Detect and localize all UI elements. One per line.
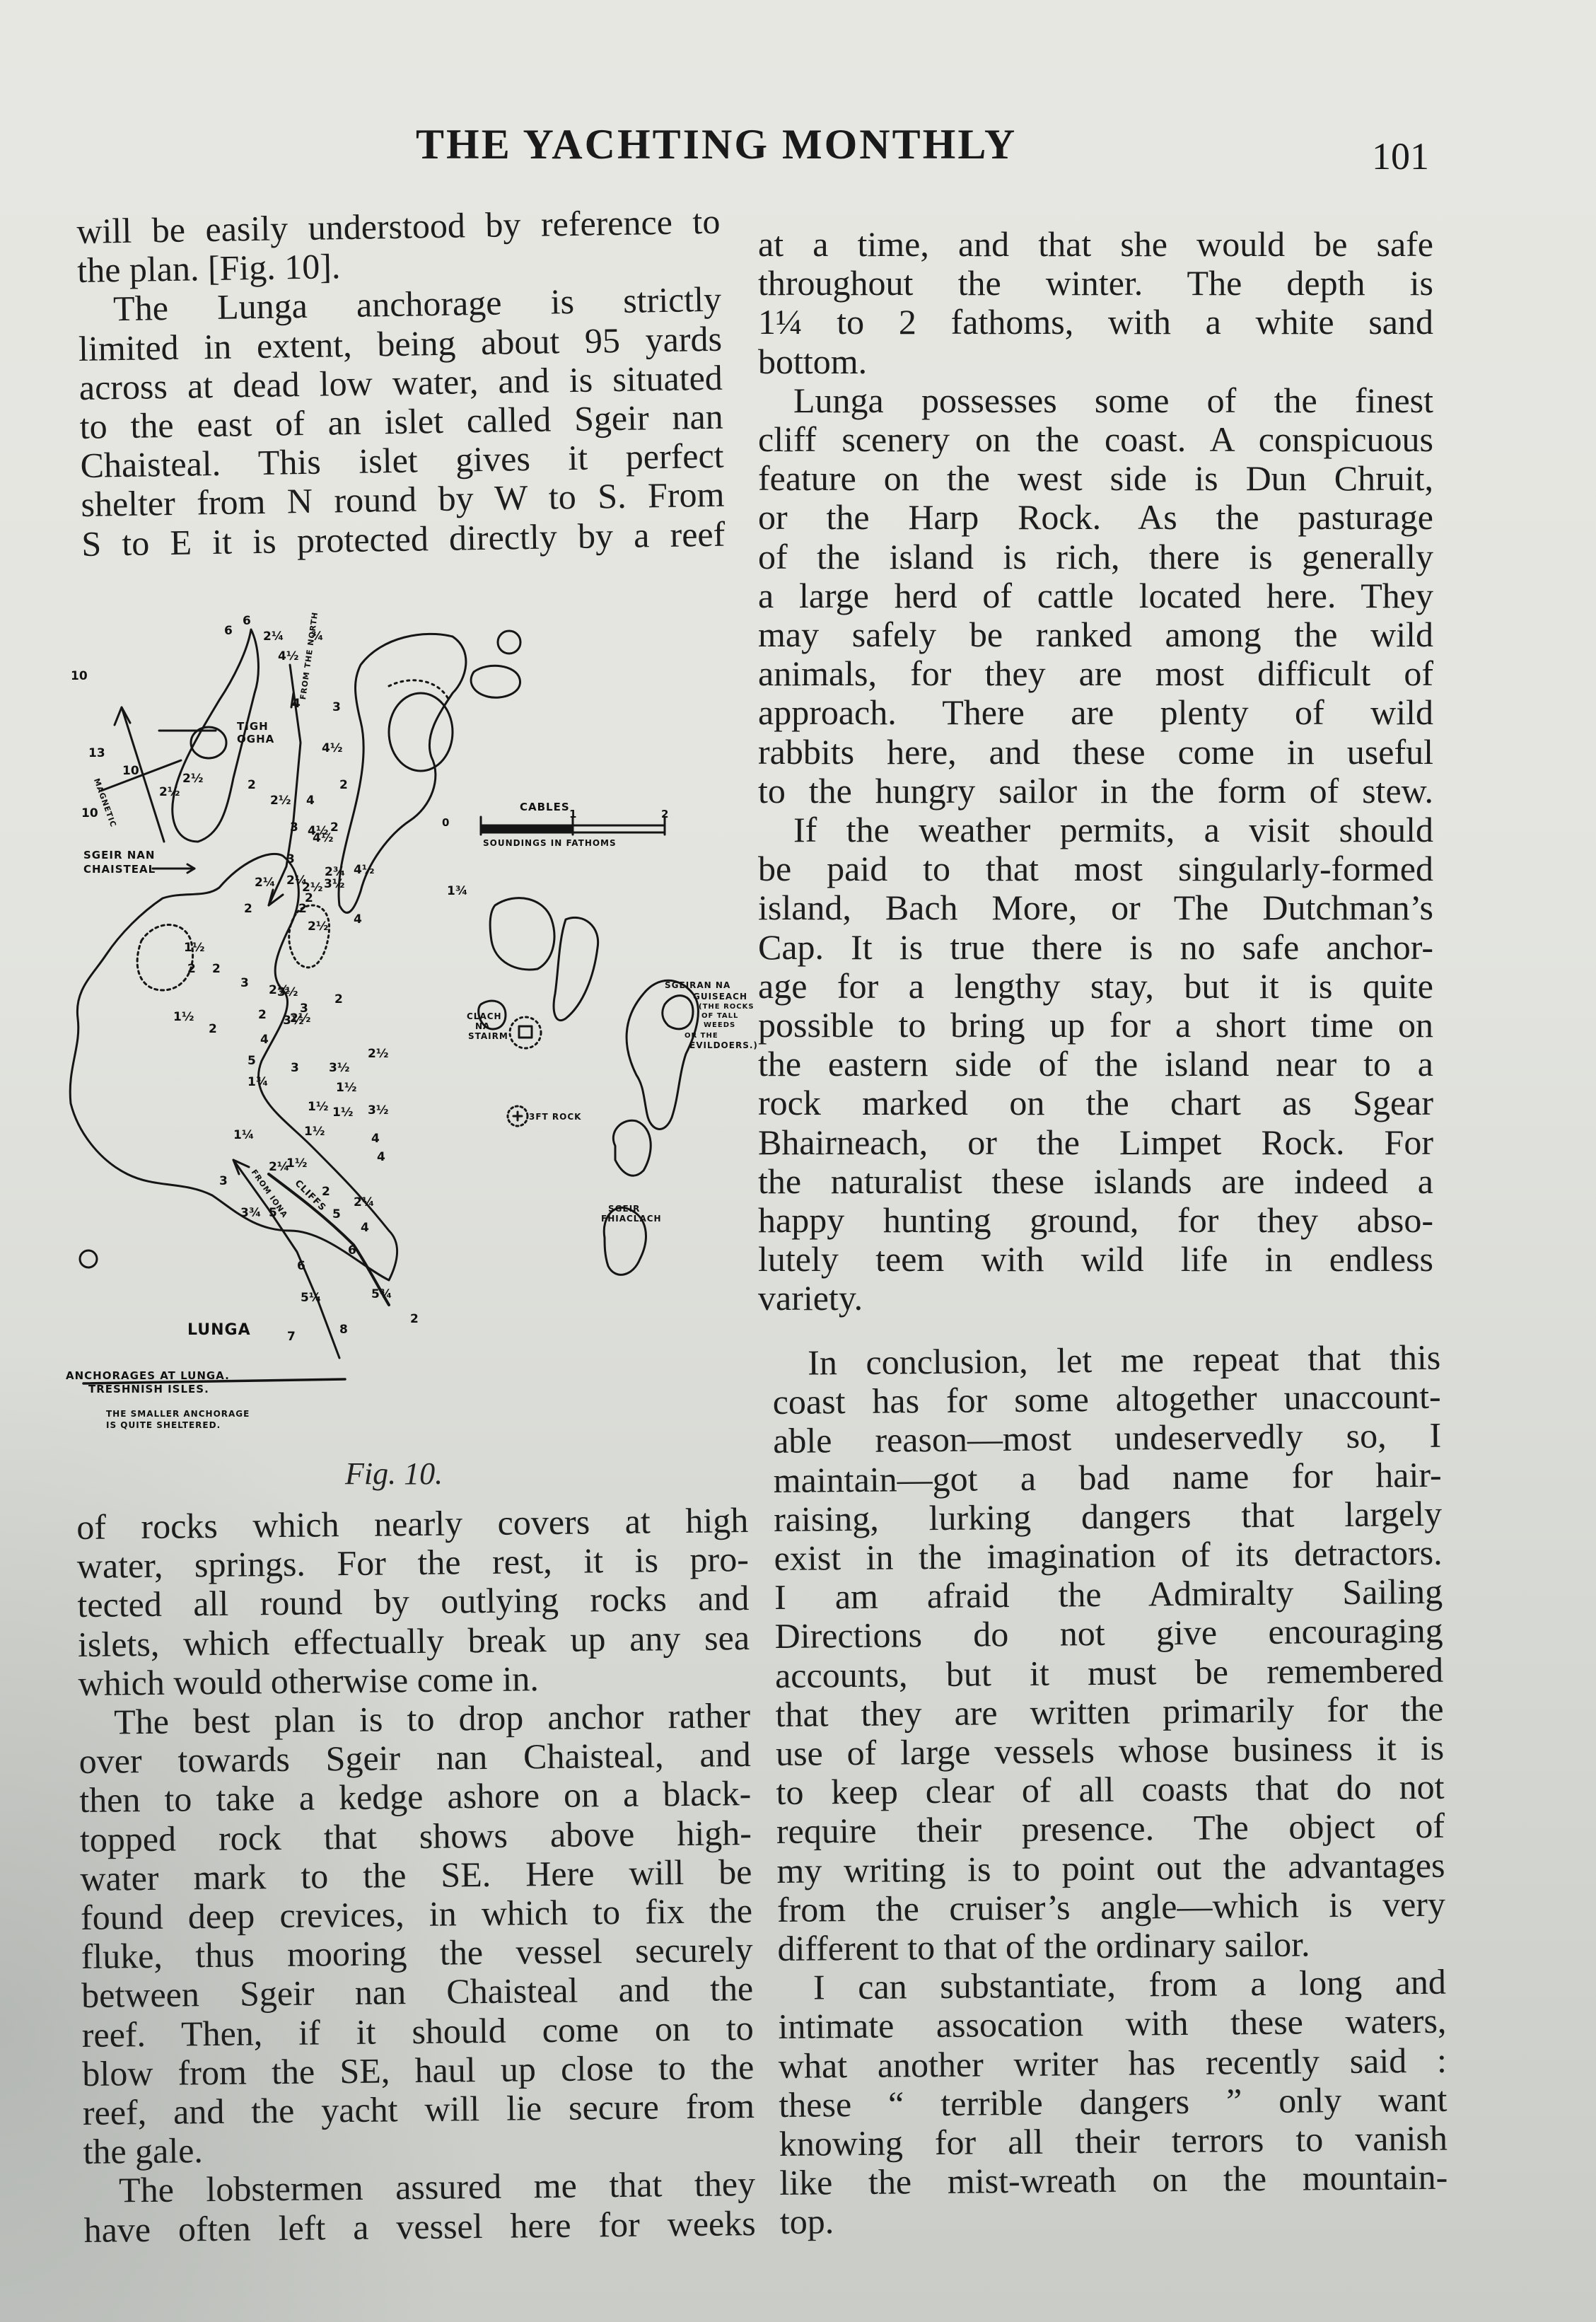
text-line: what another writer has recently said : bbox=[779, 2041, 1447, 2085]
scale-1: 1 bbox=[569, 808, 577, 820]
sounding-depth: 5 bbox=[332, 1207, 341, 1221]
sounding-depth: 3½ bbox=[329, 1061, 349, 1075]
text-line: use of large vessels whose business it i… bbox=[776, 1729, 1444, 1773]
sounding-depth: 5 bbox=[269, 1206, 277, 1220]
text-line: of the island is rich, there is generall… bbox=[758, 538, 1433, 576]
text-line: different to that of the ordinary sailor… bbox=[777, 1924, 1445, 1968]
sounding-depth: 2 bbox=[334, 992, 343, 1006]
text-line: island, Bach More, or The Dutchman’s bbox=[758, 888, 1433, 927]
sounding-depth: 2½ bbox=[182, 772, 203, 786]
sounding-depth: 2½ bbox=[308, 919, 328, 934]
text-line: I can substantiate, from a long and bbox=[778, 1963, 1446, 2007]
sounding-depth: 3 bbox=[290, 820, 298, 835]
text-line: possible to bring up for a short time on bbox=[758, 1006, 1433, 1045]
text-line: like the mist-wreath on the mountain- bbox=[779, 2158, 1448, 2202]
text-line: islets, which effectually break up any s… bbox=[78, 1618, 750, 1664]
text-line: rock marked on the chart as Sgear bbox=[758, 1084, 1433, 1122]
label-tigh-ogha-1: TIGH bbox=[237, 720, 269, 733]
text-line: I am afraid the Admiralty Sailing bbox=[774, 1572, 1443, 1617]
text-line: my writing is to point out the advantage… bbox=[776, 1845, 1445, 1890]
map-drawing bbox=[57, 608, 764, 1485]
text-line: knowing for all their terrors to vanish bbox=[779, 2119, 1448, 2164]
text-line: Directions do not give encouraging bbox=[774, 1611, 1443, 1656]
sounding-depth: 3½ bbox=[283, 1014, 303, 1028]
text-line: intimate assocation with these waters, bbox=[778, 2002, 1446, 2046]
sounding-depth: 3¾ bbox=[240, 1206, 261, 1220]
map-subtitle: TRESHNISH ISLES. bbox=[88, 1383, 209, 1395]
sounding-depth: 4 bbox=[354, 912, 362, 927]
sounding-depth: 6 bbox=[348, 1243, 356, 1258]
sounding-depth: 4½ bbox=[354, 863, 374, 877]
sounding-depth: 10 bbox=[122, 764, 139, 778]
sounding-depth: 2 bbox=[298, 902, 307, 916]
sounding-depth: 4½ bbox=[322, 741, 342, 755]
text-line: If the weather permits, a visit should bbox=[758, 811, 1433, 849]
sounding-depth: 2½ bbox=[368, 1047, 388, 1061]
scale-title: CABLES bbox=[520, 801, 570, 813]
text-line: maintain—got a bad name for hair- bbox=[773, 1455, 1441, 1499]
sounding-depth: 2¼ bbox=[354, 1195, 374, 1209]
sounding-depth: 2 bbox=[258, 1008, 267, 1022]
sounding-depth: 3 bbox=[219, 1174, 228, 1188]
text-line: raising, lurking dangers that largely bbox=[774, 1494, 1442, 1539]
left-column-top: will be easily understood by reference t… bbox=[76, 202, 726, 564]
sounding-depth: 2¼ bbox=[263, 629, 284, 644]
text-line: reef, and the yacht will lie secure from bbox=[83, 2086, 755, 2132]
sounding-depth: 1½ bbox=[308, 1100, 328, 1114]
sounding-depth: 2½ bbox=[270, 794, 291, 808]
text-line: require their presence. The object of bbox=[776, 1806, 1445, 1851]
sounding-depth: 4 bbox=[377, 1150, 385, 1164]
label-clach-3: STAIRM bbox=[468, 1030, 508, 1043]
sounding-depth: 5¼ bbox=[301, 1291, 321, 1305]
sounding-depth: ¾ bbox=[311, 629, 324, 644]
right-column-top: at a time, and that she would be safe th… bbox=[758, 225, 1433, 1318]
text-line: age for a lengthy stay, but it is quite bbox=[758, 967, 1433, 1006]
sounding-depth: 8 bbox=[339, 1323, 348, 1337]
sounding-depth: 4½ bbox=[278, 649, 298, 663]
sounding-depth: 1¾ bbox=[447, 884, 467, 898]
sounding-depth: 3 bbox=[240, 976, 249, 990]
figure-caption: Fig. 10. bbox=[345, 1456, 443, 1492]
running-head: THE YACHTING MONTHLY bbox=[416, 120, 1017, 169]
sounding-depth: 2 bbox=[410, 1312, 419, 1326]
text-line: In conclusion, let me repeat that this bbox=[772, 1338, 1440, 1383]
sounding-depth: 1½ bbox=[336, 1081, 356, 1095]
scale-2: 2 bbox=[661, 808, 669, 820]
label-lunga: LUNGA bbox=[187, 1324, 251, 1337]
text-line: have often left a vessel here for weeks bbox=[83, 2204, 756, 2250]
text-line: top. bbox=[780, 2197, 1448, 2241]
text-line: Lunga possesses some of the finest bbox=[758, 381, 1433, 420]
text-line: Bhairneach, or the Limpet Rock. For bbox=[758, 1123, 1433, 1162]
right-column-bottom: In conclusion, let me repeat that this c… bbox=[772, 1338, 1448, 2242]
text-line: Cap. It is true there is no safe anchor- bbox=[758, 928, 1433, 967]
label-sgeir-nan-chaisteal-2: CHAISTEAL bbox=[83, 863, 156, 876]
sounding-depth: 6 bbox=[224, 624, 233, 638]
sounding-depth: 4½ bbox=[308, 824, 328, 838]
text-line: to keep clear of all coasts that do not bbox=[776, 1767, 1444, 1812]
sounding-depth: 1¼ bbox=[233, 1128, 254, 1142]
label-tigh-ogha-2: OGHA bbox=[237, 733, 274, 745]
label-sgeiran-7: EVILDOERS.) bbox=[689, 1039, 758, 1052]
sounding-depth: 2 bbox=[212, 962, 221, 976]
sounding-depth: 2¼ bbox=[255, 876, 275, 890]
label-3ft-rock: 3FT ROCK bbox=[529, 1110, 581, 1123]
sounding-depth: 4 bbox=[371, 1132, 380, 1146]
text-line: happy hunting ground, for they abso- bbox=[758, 1201, 1433, 1240]
sounding-depth: 10 bbox=[71, 669, 88, 683]
map-note-2: IS QUITE SHELTERED. bbox=[106, 1419, 221, 1432]
sounding-depth: 2 bbox=[209, 1022, 217, 1036]
sounding-depth: 3 bbox=[286, 852, 295, 866]
sounding-depth: 5 bbox=[247, 1054, 256, 1068]
text-line: accounts, but it must be remembered bbox=[775, 1650, 1443, 1695]
text-line: 1¼ to 2 fathoms, with a white sand bbox=[758, 303, 1433, 342]
text-line: variety. bbox=[758, 1279, 1433, 1318]
text-line: lutely teem with wild life in endless bbox=[758, 1240, 1433, 1279]
sounding-depth: 2¼ bbox=[286, 873, 307, 888]
text-line: the naturalist these islands are indeed … bbox=[758, 1162, 1433, 1201]
label-sgeir-nan-chaisteal-1: SGEIR NAN bbox=[83, 849, 155, 861]
text-line: feature on the west side is Dun Chruit, bbox=[758, 459, 1433, 498]
sounding-depth: 2 bbox=[244, 902, 252, 916]
sounding-depth: 2½ bbox=[159, 785, 180, 799]
text-line: approach. There are plenty of wild bbox=[758, 693, 1433, 732]
sounding-depth: 1½ bbox=[184, 941, 204, 955]
sounding-depth: 2 bbox=[322, 1185, 330, 1199]
sounding-depth: 4 bbox=[292, 697, 301, 711]
map-title: ANCHORAGES AT LUNGA. bbox=[66, 1369, 230, 1382]
sounding-depth: 13 bbox=[88, 746, 105, 760]
sounding-depth: 4 bbox=[361, 1221, 369, 1235]
sounding-depth: 3½ bbox=[324, 877, 344, 891]
text-line: or the Harp Rock. As the pasturage bbox=[758, 498, 1433, 537]
page-number: 101 bbox=[1372, 134, 1429, 178]
text-line: the eastern side of the island near to a bbox=[758, 1045, 1433, 1084]
scale-0: 0 bbox=[442, 816, 450, 829]
sounding-depth: 4 bbox=[306, 794, 315, 808]
sounding-depth: 2 bbox=[187, 962, 196, 976]
text-line: to the hungry sailor in the form of stew… bbox=[758, 772, 1433, 811]
text-line: be paid to that most singularly-formed bbox=[758, 849, 1433, 888]
sounding-depth: 1¾ bbox=[247, 1075, 268, 1089]
sounding-depth: 3½ bbox=[368, 1103, 388, 1118]
text-line: at a time, and that she would be safe bbox=[758, 225, 1433, 264]
text-line: bottom. bbox=[758, 342, 1433, 381]
sounding-depth: 3 bbox=[332, 700, 341, 714]
sounding-depth: 3 bbox=[291, 1061, 299, 1075]
label-sgeir-fhiaclach-2: FHIACLACH bbox=[601, 1212, 662, 1225]
sounding-depth: 6 bbox=[297, 1259, 305, 1273]
text-line: from the cruiser’s angle—which is very bbox=[777, 1885, 1445, 1929]
text-line: able reason—most undeservedly so, I bbox=[773, 1416, 1441, 1461]
left-column-bottom: of rocks which nearly covers at high wat… bbox=[76, 1501, 756, 2250]
text-line: exist in the imagination of its detracto… bbox=[774, 1533, 1442, 1578]
text-line: coast has for some altogether unaccount- bbox=[772, 1377, 1440, 1422]
sounding-depth: 2 bbox=[247, 778, 256, 792]
scale-subtitle: SOUNDINGS IN FATHOMS bbox=[483, 837, 617, 849]
sounding-depth: 1½ bbox=[332, 1105, 353, 1120]
sounding-depth: 7 bbox=[287, 1330, 296, 1344]
sounding-depth: 5¾ bbox=[371, 1287, 392, 1301]
map-figure: MAGNETIC TIGH OGHA SGEIR NAN CHAISTEAL 0… bbox=[57, 608, 764, 1485]
sounding-depth: 1½ bbox=[304, 1125, 325, 1139]
text-line: animals, for they are most difficult of bbox=[758, 654, 1433, 693]
sounding-depth: 3½ bbox=[277, 985, 298, 999]
sounding-depth: 6 bbox=[243, 614, 251, 628]
text-line: these “ terrible dangers ” only want bbox=[779, 2080, 1447, 2125]
text-line: that they are written primarily for the bbox=[775, 1690, 1443, 1734]
sounding-depth: 1½ bbox=[173, 1010, 194, 1024]
text-line: may safely be ranked among the wild bbox=[758, 615, 1433, 654]
sounding-depth: 2 bbox=[339, 778, 348, 792]
sounding-depth: 10 bbox=[81, 806, 98, 820]
text-line: throughout the winter. The depth is bbox=[758, 264, 1433, 303]
text-line: a large herd of cattle located here. The… bbox=[758, 576, 1433, 615]
sounding-depth: 4 bbox=[260, 1033, 269, 1047]
text-line: cliff scenery on the coast. A conspicuou… bbox=[758, 420, 1433, 459]
sounding-depth: 1½ bbox=[286, 1156, 307, 1171]
text-line: rabbits here, and these come in useful bbox=[758, 733, 1433, 772]
